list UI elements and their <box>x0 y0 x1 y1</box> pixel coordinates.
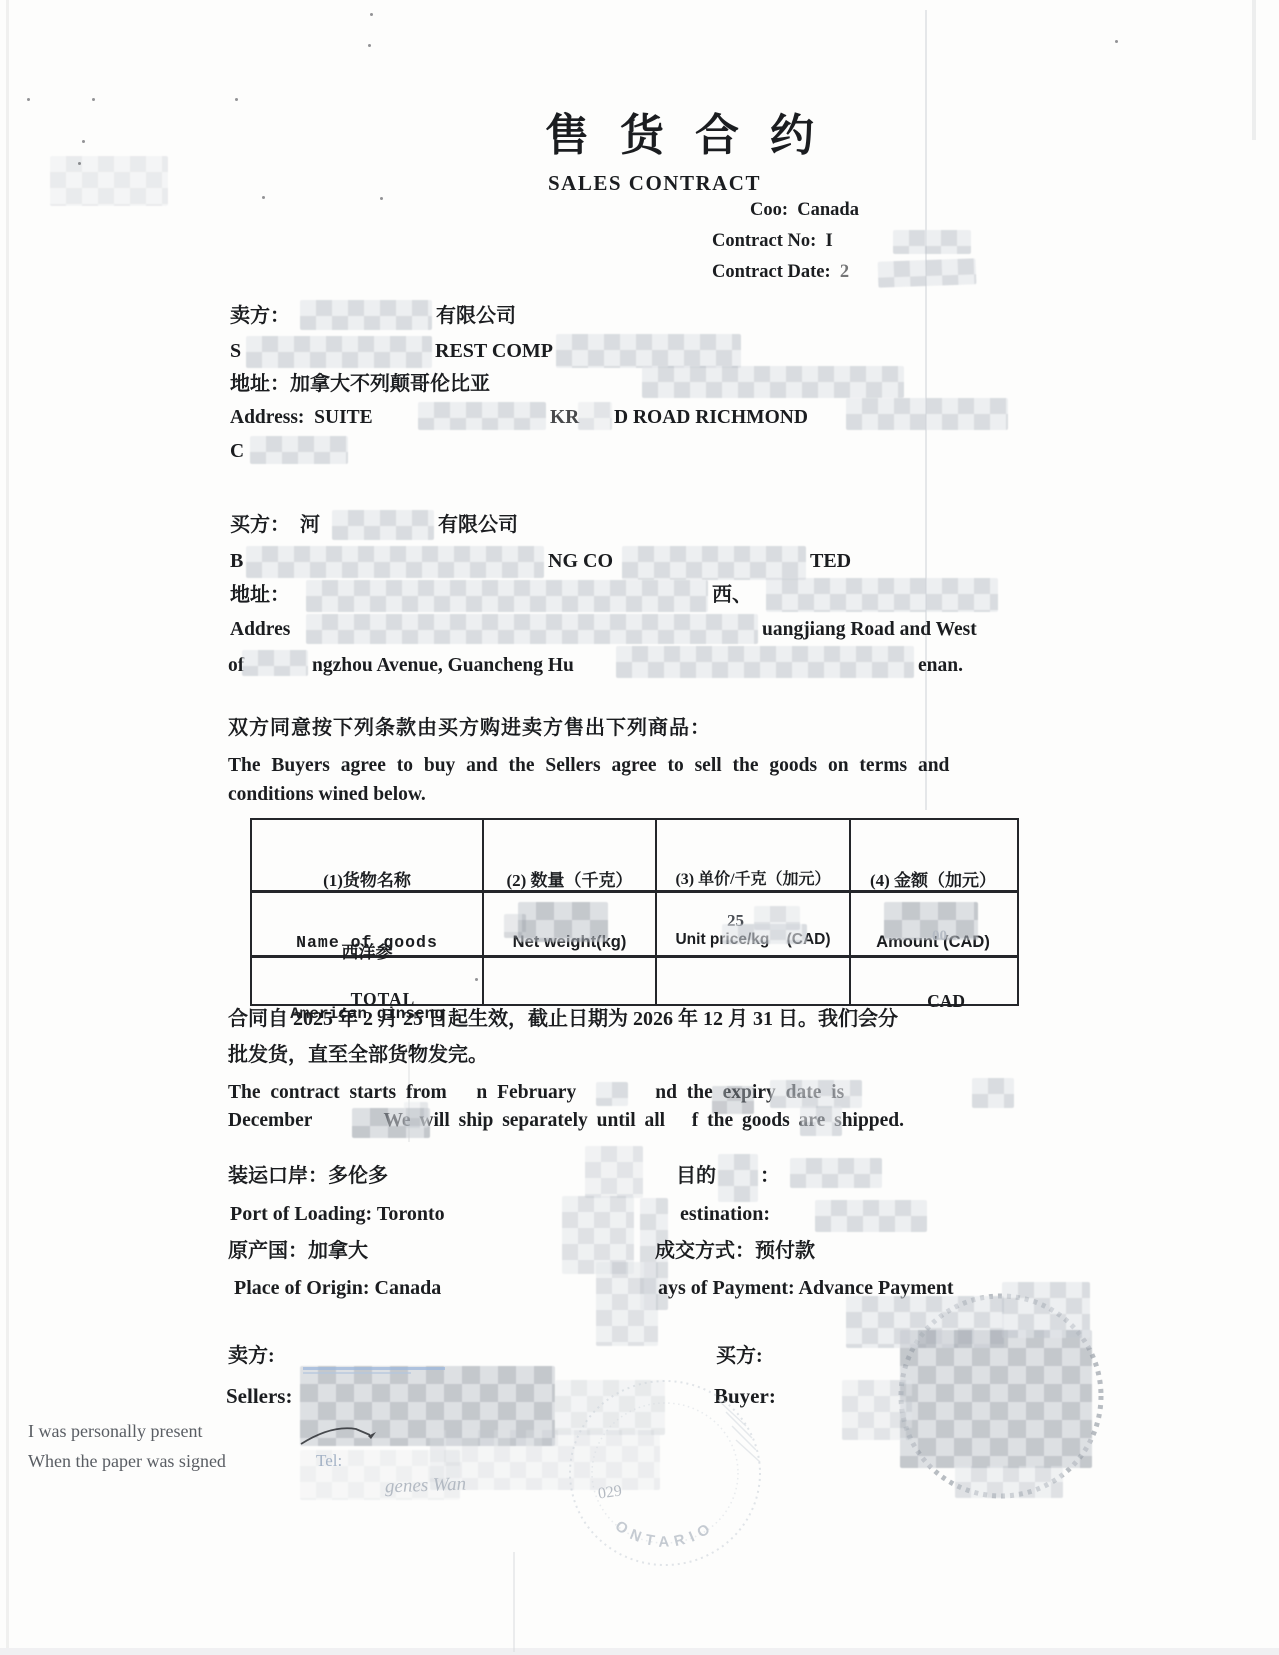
buyer-addr-cn-line: 地址： <box>230 584 290 606</box>
contract-date-fragment: 2 <box>840 262 849 282</box>
sales-contract-scan: 售 货 合 约 SALES CONTRACT Coo: Canada Contr… <box>0 0 1279 1655</box>
redaction-block <box>300 300 432 330</box>
seller-en-fragment: REST COMP <box>435 340 553 362</box>
coo-line: Coo: Canada <box>750 200 859 220</box>
coo-label: Coo: <box>750 200 788 220</box>
buyer-en-frag1: NG CO <box>548 550 613 572</box>
amount-fragment: 00 <box>932 928 947 945</box>
notary-note-line2: When the paper was signed <box>28 1452 226 1472</box>
redaction-block <box>250 436 348 464</box>
redaction-block <box>642 366 904 398</box>
redaction-block <box>616 646 914 678</box>
handwriting-fragment: genes Wan <box>385 1475 467 1499</box>
redaction-block <box>306 614 758 644</box>
redaction-block <box>50 156 168 206</box>
seller-signature-label-en: Sellers: <box>226 1385 292 1408</box>
page-subtitle-text: SALES CONTRACT <box>548 172 761 195</box>
agreement-en-line2: conditions wined below. <box>228 784 426 805</box>
redaction-block <box>846 398 1008 430</box>
redaction-block <box>585 1146 643 1198</box>
scan-left-edge <box>6 0 9 1655</box>
redaction-block <box>754 906 800 930</box>
buyer-en-frag2: TED <box>810 550 851 572</box>
buyer-name-tail: 有限公司 <box>438 514 518 536</box>
redaction-block <box>878 258 977 287</box>
destination-en: estination: <box>680 1203 770 1225</box>
redaction-block <box>955 1466 1063 1498</box>
redaction-block <box>815 1200 927 1232</box>
port-of-loading-cn: 装运口岸：多伦多 <box>228 1165 388 1187</box>
redaction-block <box>418 402 546 430</box>
seller-addr-cn-line: 地址：加拿大不列颠哥伦比亚 <box>230 373 490 395</box>
redaction-block <box>800 1106 842 1136</box>
page-subtitle: SALES CONTRACT <box>548 172 761 195</box>
redaction-block <box>972 1078 1014 1108</box>
redaction-block <box>622 546 806 580</box>
redaction-block <box>766 578 998 612</box>
tel-label: Tel: <box>316 1452 342 1471</box>
scan-line-artifact <box>1252 0 1256 140</box>
page-title-text: 售 货 合 约 <box>545 112 824 160</box>
micro-text-artifact <box>303 1372 411 1374</box>
seller-signature-label-cn: 卖方: <box>228 1345 275 1367</box>
redaction-block <box>790 1158 882 1188</box>
redaction-block <box>246 336 432 368</box>
seller-en-line: S <box>230 340 241 362</box>
signature-stroke-icon <box>298 1416 393 1452</box>
destination-cn: 目的 <box>676 1165 716 1187</box>
validity-cn-line1: 合同自 2025 年 2 月 25 日起生效，截止日期为 2026 年 12 月… <box>228 1008 898 1030</box>
seller-addr-en-line: Address: SUITE <box>230 407 373 428</box>
redaction-block <box>246 546 544 578</box>
redaction-block <box>242 650 308 676</box>
place-of-origin-en: Place of Origin: Canada <box>234 1277 441 1299</box>
agreement-cn: 双方同意按下列条款由买方购进卖方售出下列商品： <box>228 717 711 739</box>
redaction-block <box>718 1154 758 1202</box>
redaction-block <box>332 510 434 540</box>
redaction-block <box>900 1330 1092 1468</box>
destination-cn-colon: ： <box>760 1165 780 1187</box>
contract-date-line: Contract Date: 2 <box>712 262 849 282</box>
seller-addr-en-frag2: D ROAD RICHMOND <box>614 407 808 428</box>
micro-text-artifact <box>303 1367 445 1370</box>
table-header-price: (3) 单价/千克（加元） Unit price/kg (CAD) <box>657 830 849 985</box>
port-of-loading-en: Port of Loading: Toronto <box>230 1203 445 1225</box>
seller-addr-en-frag1: KR <box>550 407 579 428</box>
redaction-block <box>893 230 971 254</box>
contract-no-line: Contract No: I <box>712 231 833 251</box>
place-of-origin-cn: 原产国：加拿大 <box>228 1240 368 1262</box>
validity-cn-line2: 批发货，直至全部货物发完。 <box>228 1044 488 1066</box>
redaction-block <box>306 580 708 612</box>
svg-text:ONTARIO: ONTARIO <box>612 1517 718 1550</box>
buyer-name-line: 买方： 河 <box>230 514 320 536</box>
redaction-block <box>556 334 741 368</box>
redaction-block <box>842 1380 912 1440</box>
contract-no-label: Contract No: <box>712 231 816 251</box>
coo-value: Canada <box>797 200 859 220</box>
seal-number-fragment: 029 <box>597 1482 623 1503</box>
buyer-addr-en-frag: uangjiang Road and West <box>762 619 977 640</box>
redaction-block <box>404 1102 428 1128</box>
buyer-addr-line2-frag1: ngzhou Avenue, Guancheng Hu <box>312 655 574 676</box>
seller-addr-line2: C <box>230 441 244 462</box>
redaction-block <box>1002 1282 1090 1338</box>
agreement-en-line1: The Buyers agree to buy and the Sellers … <box>228 755 949 776</box>
redaction-block <box>504 914 526 938</box>
seller-name-line: 卖方： <box>230 305 290 327</box>
buyer-signature-label-cn: 买方: <box>716 1345 763 1367</box>
redaction-block <box>578 402 612 430</box>
redaction-block <box>884 902 978 940</box>
seller-name-tail: 有限公司 <box>436 305 516 327</box>
redaction-block <box>518 902 608 942</box>
seller-label-cn: 卖方： <box>230 305 290 327</box>
payment-terms-cn: 成交方式：预付款 <box>655 1240 815 1262</box>
seller-en-prefix: S <box>230 340 241 362</box>
buyer-addr-en-line: Addres <box>230 619 290 640</box>
redaction-block <box>596 1082 628 1106</box>
buyer-en-line: B <box>230 550 243 572</box>
notary-note-line1: I was personally present <box>28 1422 202 1442</box>
redaction-block <box>770 1080 862 1108</box>
buyer-label-cn: 买方： 河 <box>230 514 320 536</box>
notary-seal-icon: ONTARIO <box>550 1368 780 1608</box>
contract-no-fragment: I <box>826 231 833 251</box>
scan-bottom-edge <box>0 1648 1279 1655</box>
page-title: 售 货 合 约 <box>545 112 824 160</box>
contract-date-label: Contract Date: <box>712 262 831 282</box>
scan-line-artifact <box>513 1552 515 1652</box>
buyer-addr-line2-frag2: enan. <box>918 655 963 676</box>
buyer-addr-cn-frag: 西、 <box>712 584 752 606</box>
